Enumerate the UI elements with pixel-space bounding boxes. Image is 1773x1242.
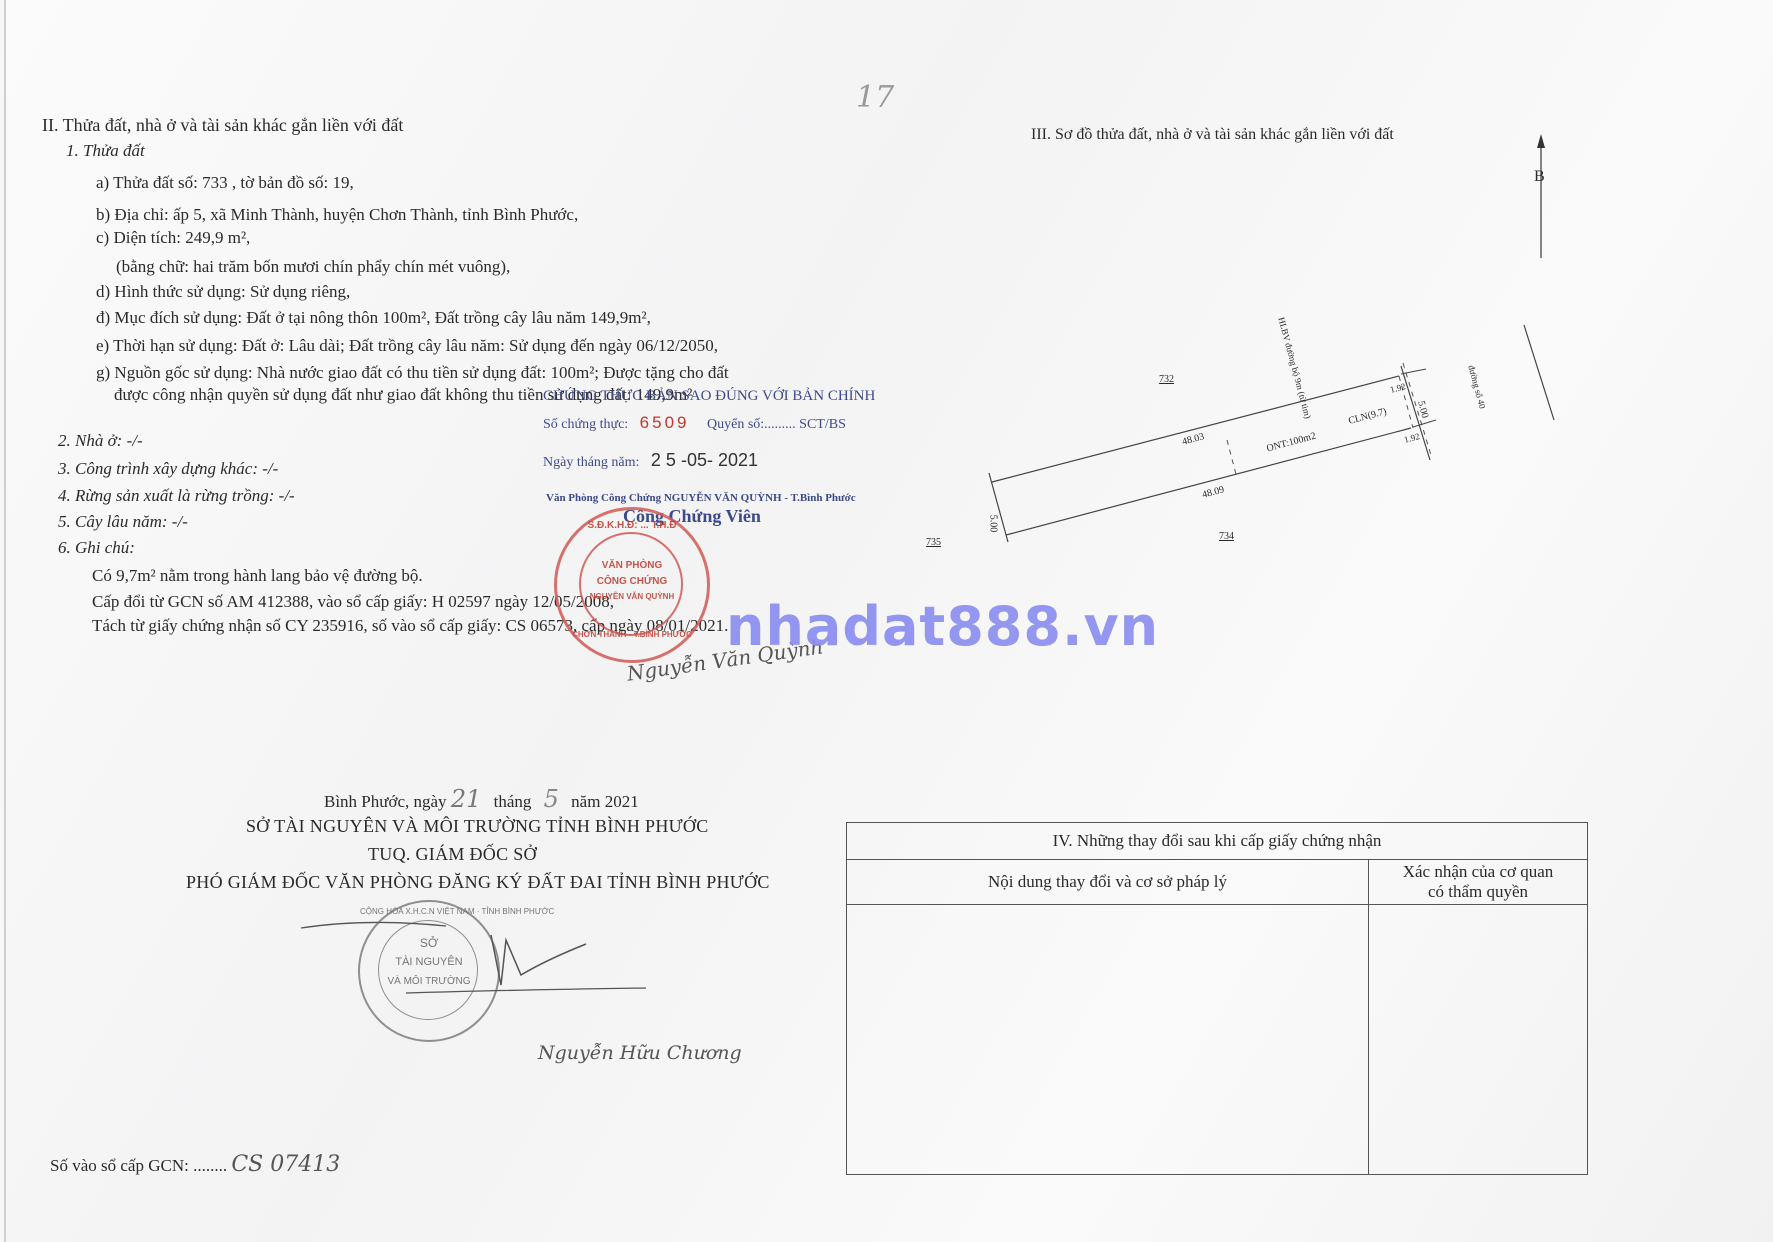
changes-content-cell bbox=[847, 904, 1369, 1174]
changes-table-body bbox=[847, 904, 1587, 1174]
signer-name: Nguyễn Hữu Chương bbox=[538, 1042, 742, 1064]
changes-table: IV. Những thay đổi sau khi cấp giấy chứn… bbox=[846, 822, 1588, 1175]
registry-number: Số vào sổ cấp GCN: ........ CS 07413 bbox=[50, 1152, 340, 1177]
changes-table-title: IV. Những thay đổi sau khi cấp giấy chứn… bbox=[847, 823, 1587, 860]
column-header-content: Nội dung thay đổi và cơ sở pháp lý bbox=[847, 859, 1369, 904]
confirmation-header-line1: Xác nhận của cơ quan bbox=[1369, 862, 1587, 882]
registry-value: CS 07413 bbox=[231, 1152, 340, 1177]
column-header-confirmation: Xác nhận của cơ quan có thẩm quyền bbox=[1369, 859, 1587, 904]
registry-label: Số vào sổ cấp GCN: ........ bbox=[50, 1156, 227, 1175]
changes-confirmation-cell bbox=[1369, 904, 1587, 1174]
confirmation-header-line2: có thẩm quyền bbox=[1369, 882, 1587, 902]
changes-table-header: Nội dung thay đổi và cơ sở pháp lý Xác n… bbox=[847, 859, 1587, 905]
certificate-page: 17 II. Thửa đất, nhà ở và tài sản khác g… bbox=[4, 0, 1773, 1242]
